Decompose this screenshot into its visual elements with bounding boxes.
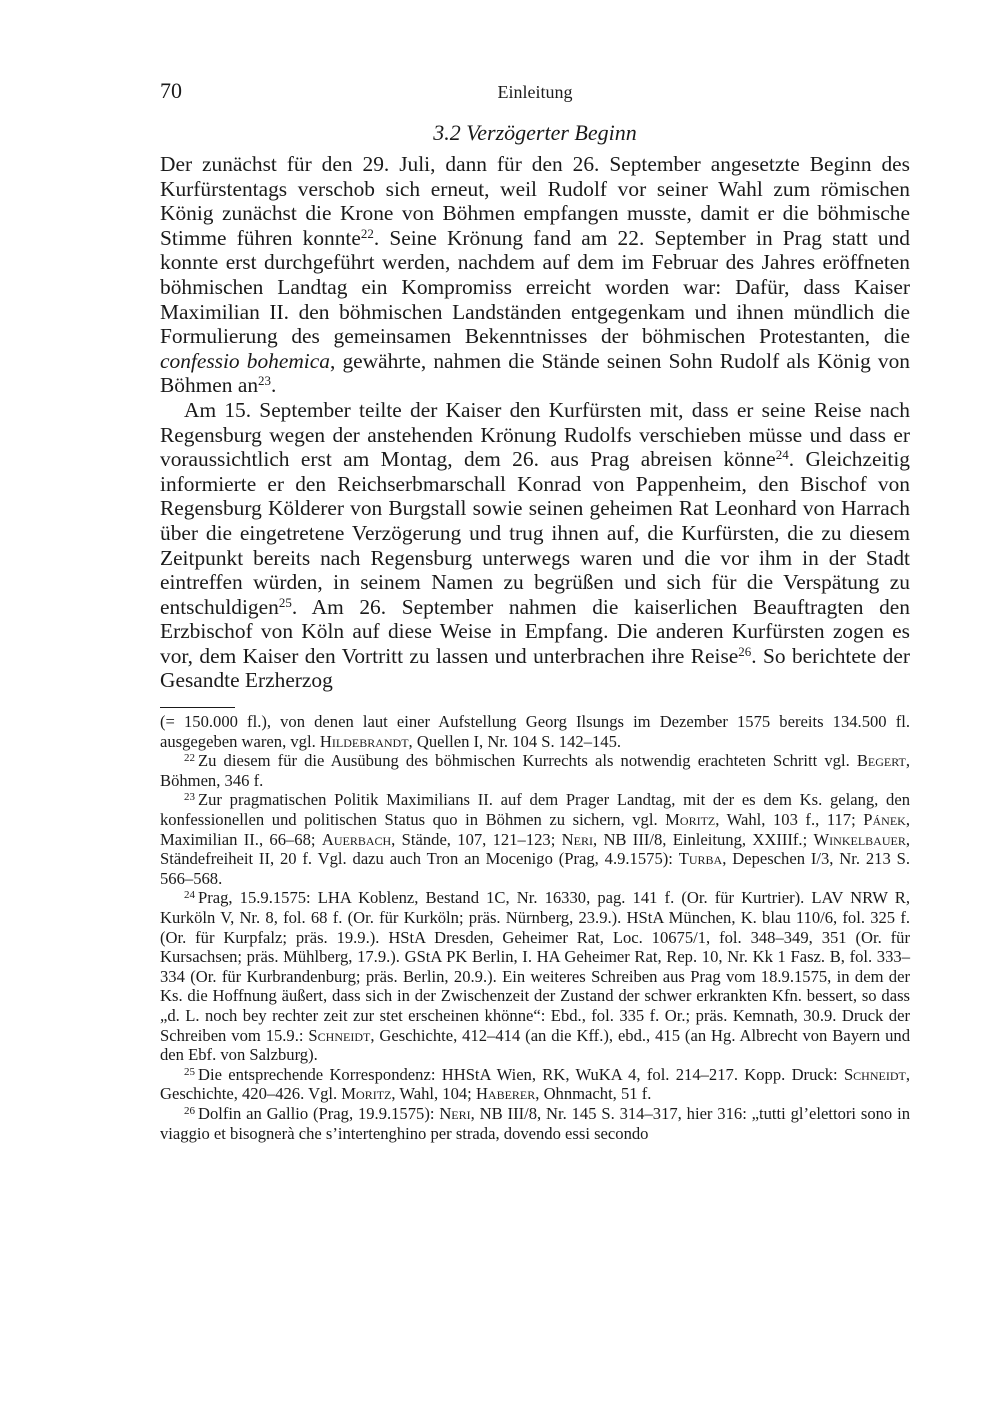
footnote-26: 26Dolfin an Gallio (Prag, 19.9.1575): Ne… [160,1104,910,1143]
footnote-ref-23[interactable]: 23 [258,373,271,388]
book-page: 70 Einleitung 3.2 Verzögerter Beginn Der… [160,76,910,1143]
footnote-ref-24[interactable]: 24 [776,447,789,462]
footnote-23: 23Zur pragmatischen Politik Maximilians … [160,790,910,888]
footnote-22: 22Zu diesem für die Ausübung des böhmisc… [160,751,910,790]
paragraph-2: Am 15. September teilte der Kaiser den K… [160,398,910,693]
footnote-25: 25Die entsprechende Korrespondenz: HHStA… [160,1065,910,1104]
footnote-ref-22[interactable]: 22 [361,226,374,241]
footnote-ref-25[interactable]: 25 [279,595,292,610]
footnote-ref-26[interactable]: 26 [738,644,751,659]
running-title: Einleitung [160,82,910,103]
footnote-divider [160,707,235,708]
paragraph-1: Der zunächst für den 29. Juli, dann für … [160,152,910,398]
running-header: 70 Einleitung [160,76,910,106]
italic-term: confessio bohemica [160,349,330,373]
footnotes: (= 150.000 fl.), von denen laut einer Au… [160,712,910,1143]
footnote-continued: (= 150.000 fl.), von denen laut einer Au… [160,712,910,751]
section-heading: 3.2 Verzögerter Beginn [160,120,910,146]
footnote-24: 24Prag, 15.9.1575: LHA Koblenz, Bestand … [160,888,910,1064]
main-text: Der zunächst für den 29. Juli, dann für … [160,152,910,693]
